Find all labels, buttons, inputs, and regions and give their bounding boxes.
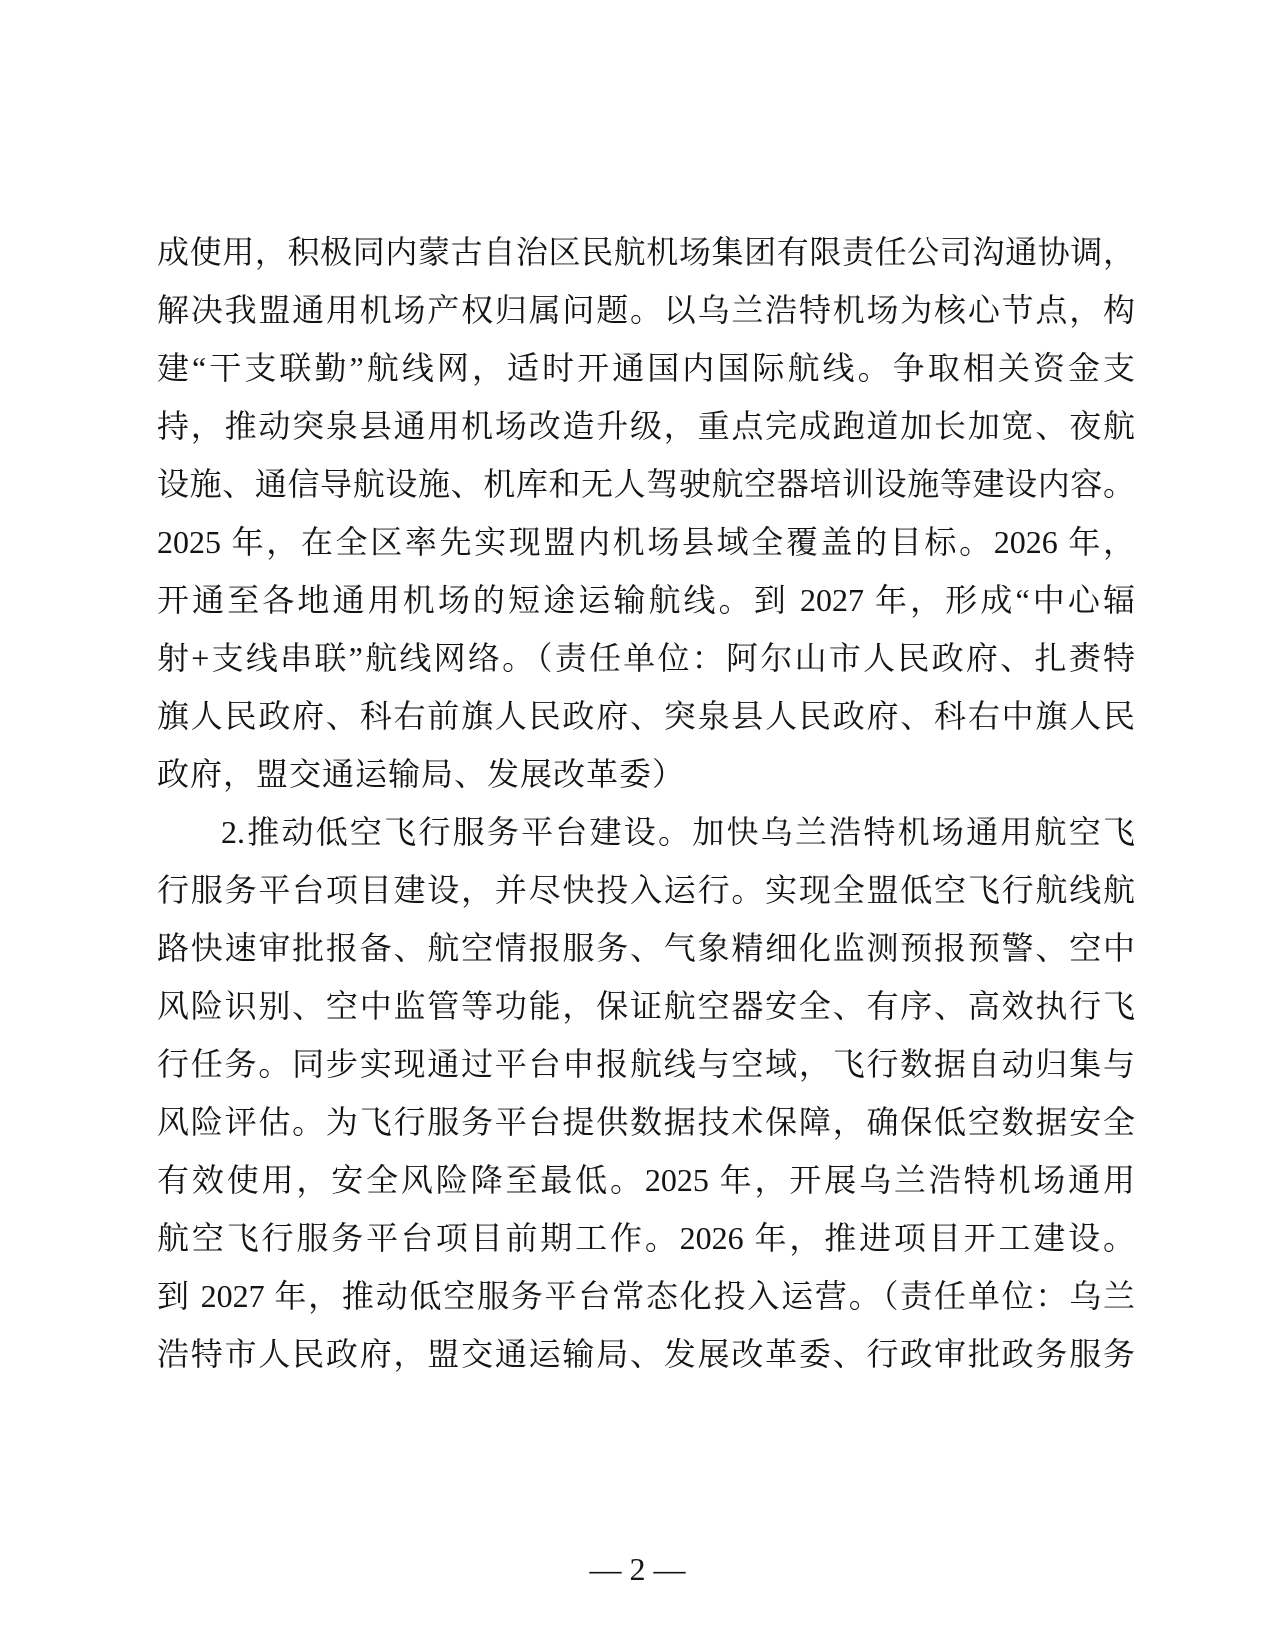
document-page: 成使用，积极同内蒙古自治区民航机场集团有限责任公司沟通协调， 解决我盟通用机场产… bbox=[0, 0, 1275, 1650]
page-number: — 2 — bbox=[590, 1551, 686, 1587]
text-line: 路快速审批报备、航空情报服务、气象精细化监测预报预警、空中 bbox=[157, 919, 1135, 977]
text-line: 浩特市人民政府，盟交通运输局、发展改革委、行政审批政务服务 bbox=[157, 1325, 1135, 1383]
text-line-paragraph-end: 政府，盟交通运输局、发展改革委） bbox=[157, 745, 1135, 803]
text-line: 建“干支联勤”航线网，适时开通国内国际航线。争取相关资金支 bbox=[157, 339, 1135, 397]
text-line: 2025 年，在全区率先实现盟内机场县域全覆盖的目标。2026 年， bbox=[157, 513, 1135, 571]
text-line: 旗人民政府、科右前旗人民政府、突泉县人民政府、科右中旗人民 bbox=[157, 687, 1135, 745]
text-line: 到 2027 年，推动低空服务平台常态化投入运营。（责任单位：乌兰 bbox=[157, 1267, 1135, 1325]
text-line: 风险评估。为飞行服务平台提供数据技术保障，确保低空数据安全 bbox=[157, 1093, 1135, 1151]
text-line: 航空飞行服务平台项目前期工作。2026 年，推进项目开工建设。 bbox=[157, 1209, 1135, 1267]
text-line: 开通至各地通用机场的短途运输航线。到 2027 年，形成“中心辐 bbox=[157, 571, 1135, 629]
text-line: 有效使用，安全风险降至最低。2025 年，开展乌兰浩特机场通用 bbox=[157, 1151, 1135, 1209]
text-line: 持，推动突泉县通用机场改造升级，重点完成跑道加长加宽、夜航 bbox=[157, 397, 1135, 455]
text-line: 行服务平台项目建设，并尽快投入运行。实现全盟低空飞行航线航 bbox=[157, 861, 1135, 919]
text-line: 成使用，积极同内蒙古自治区民航机场集团有限责任公司沟通协调， bbox=[157, 223, 1135, 281]
text-line: 行任务。同步实现通过平台申报航线与空域，飞行数据自动归集与 bbox=[157, 1035, 1135, 1093]
text-line: 设施、通信导航设施、机库和无人驾驶航空器培训设施等建设内容。 bbox=[157, 455, 1135, 513]
page-footer: — 2 — bbox=[0, 1549, 1275, 1589]
text-line: 风险识别、空中监管等功能，保证航空器安全、有序、高效执行飞 bbox=[157, 977, 1135, 1035]
text-line-paragraph-start: 2.推动低空飞行服务平台建设。加快乌兰浩特机场通用航空飞 bbox=[157, 803, 1135, 861]
text-line: 射+支线串联”航线网络。（责任单位：阿尔山市人民政府、扎赉特 bbox=[157, 629, 1135, 687]
document-body: 成使用，积极同内蒙古自治区民航机场集团有限责任公司沟通协调， 解决我盟通用机场产… bbox=[157, 223, 1135, 1383]
text-line: 解决我盟通用机场产权归属问题。以乌兰浩特机场为核心节点，构 bbox=[157, 281, 1135, 339]
